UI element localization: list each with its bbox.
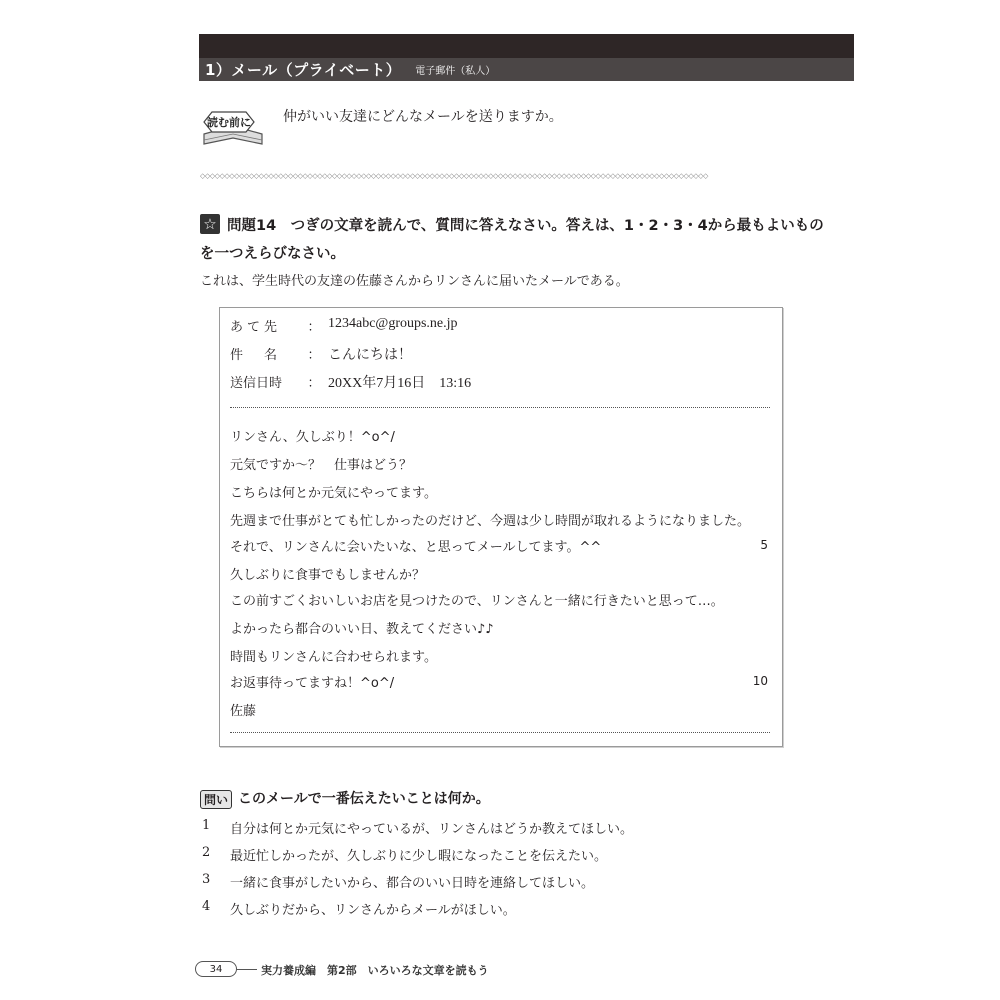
option-number: 2 (202, 845, 230, 864)
question-badge: 問い (200, 790, 232, 809)
colon: ： (300, 344, 328, 364)
body-line-8: よかったら都合のいい日、教えてください♪♪ (230, 618, 494, 637)
email-header-sent: 送信日時 ： 20XX年7月16日 13:16 (230, 372, 471, 392)
pre-reading-label: 読む前に (207, 115, 251, 129)
option-number: 3 (202, 872, 230, 891)
pre-reading-question: 仲がいい友達にどんなメールを送りますか。 (283, 106, 563, 126)
option-number: 1 (202, 818, 230, 837)
email-box: あて先 ： 1234abc@groups.ne.jp 件 名 ： こんにちは！ … (219, 307, 783, 747)
email-header-to: あて先 ： 1234abc@groups.ne.jp (230, 316, 458, 335)
star-icon: ☆ (200, 214, 220, 234)
body-line-2: 元気ですか〜？ 仕事はどう？ (230, 454, 412, 473)
line-number-5: 5 (760, 538, 768, 552)
problem-instruction-line1: 問題14 つぎの文章を読んで、質問に答えなさい。答えは、1・2・3・4から最もよ… (227, 214, 824, 235)
sent-value: 20XX年7月16日 13:16 (328, 372, 471, 392)
body-line-1: リンさん、久しぶり！^o^/ (230, 426, 395, 445)
body-line-9: 時間もリンさんに合わせられます。 (230, 646, 437, 665)
open-book-icon: 読む前に (200, 104, 266, 150)
option-text: 一緒に食事がしたいから、都合のいい日時を連絡してほしい。 (230, 872, 594, 891)
diamond-divider: ◇◇◇◇◇◇◇◇◇◇◇◇◇◇◇◇◇◇◇◇◇◇◇◇◇◇◇◇◇◇◇◇◇◇◇◇◇◇◇◇… (200, 172, 800, 180)
to-value: 1234abc@groups.ne.jp (328, 316, 458, 335)
dotted-separator-bottom (230, 732, 770, 733)
question-text: このメールで一番伝えたいことは何か。 (238, 788, 490, 808)
option-text: 久しぶりだから、リンさんからメールがほしい。 (230, 899, 516, 918)
body-line-3: こちらは何とか元気にやってます。 (230, 482, 437, 501)
answer-option-2[interactable]: 2 最近忙しかったが、久しぶりに少し暇になったことを伝えたい。 (202, 845, 607, 864)
answer-option-1[interactable]: 1 自分は何とか元気にやっているが、リンさんはどうか教えてほしい。 (202, 818, 633, 837)
body-line-5: それで、リンさんに会いたいな、と思ってメールしてます。^^ (230, 536, 601, 555)
dotted-separator (230, 407, 770, 408)
problem-context: これは、学生時代の友達の佐藤さんからリンさんに届いたメールである。 (200, 270, 629, 289)
subject-label: 件 名 (230, 344, 300, 364)
body-line-7: この前すごくおいしいお店を見つけたので、リンさんと一緒に行きたいと思って…。 (230, 590, 724, 609)
body-line-6: 久しぶりに食事でもしませんか？ (230, 564, 425, 583)
section-header: 1）メール（プライベート） 電子郵件（私人） (199, 58, 854, 81)
page-number: 34 (195, 961, 237, 977)
body-line-10: お返事待ってますね！^o^/ (230, 672, 394, 691)
line-number-10: 10 (753, 674, 768, 688)
sent-label: 送信日時 (230, 372, 300, 392)
email-header-subject: 件 名 ： こんにちは！ (230, 344, 412, 364)
footer-section-title: 実力養成編 第2部 いろいろな文章を読もう (261, 962, 489, 978)
body-line-4: 先週まで仕事がとても忙しかったのだけど、今週は少し時間が取れるようになりました。 (230, 510, 750, 529)
option-text: 最近忙しかったが、久しぶりに少し暇になったことを伝えたい。 (230, 845, 607, 864)
signature: 佐藤 (230, 700, 256, 719)
section-subtitle: 電子郵件（私人） (415, 62, 495, 77)
problem-instruction-line2: を一つえらびなさい。 (200, 242, 345, 263)
option-number: 4 (202, 899, 230, 918)
colon: ： (300, 372, 328, 392)
section-title: 1）メール（プライベート） (205, 59, 401, 80)
header-bar-top (199, 34, 854, 58)
answer-option-3[interactable]: 3 一緒に食事がしたいから、都合のいい日時を連絡してほしい。 (202, 872, 594, 891)
to-label: あて先 (230, 316, 300, 335)
footer-connector-line (237, 969, 257, 970)
colon: ： (300, 316, 328, 335)
answer-option-4[interactable]: 4 久しぶりだから、リンさんからメールがほしい。 (202, 899, 516, 918)
option-text: 自分は何とか元気にやっているが、リンさんはどうか教えてほしい。 (230, 818, 633, 837)
subject-value: こんにちは！ (328, 344, 412, 364)
